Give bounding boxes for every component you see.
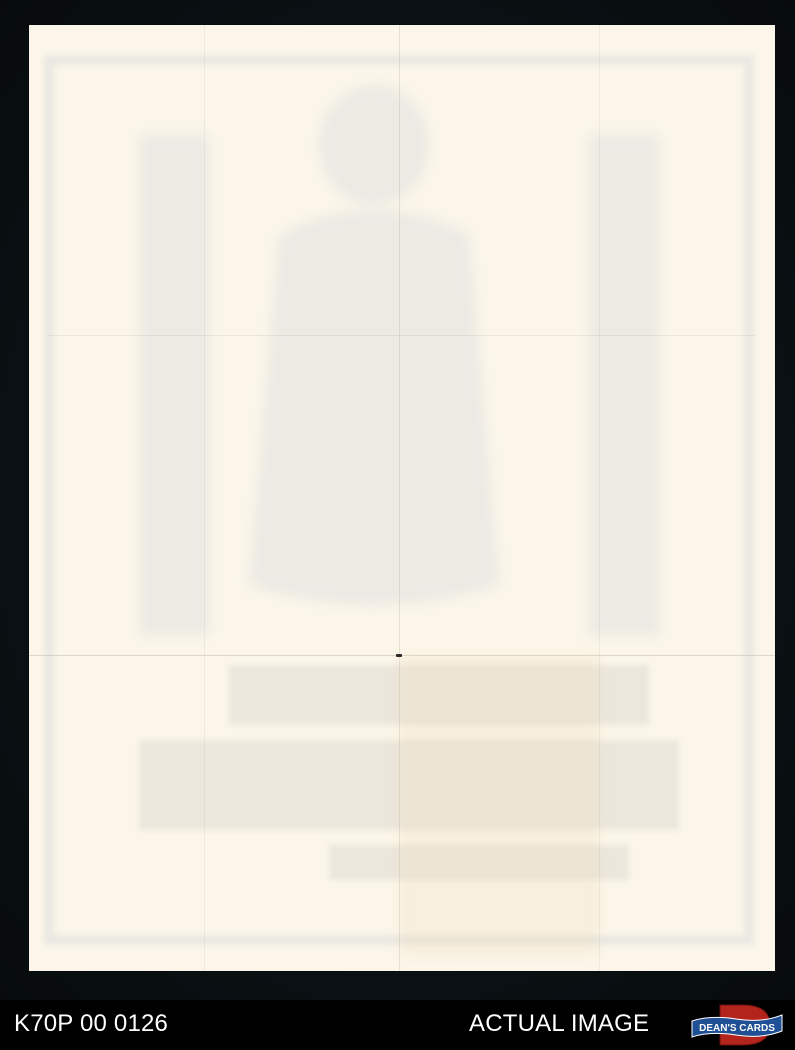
deans-cards-logo: DEAN'S CARDS	[690, 1003, 784, 1047]
fold-line-upper	[49, 335, 755, 336]
caption-bar: K70P 00 0126 ACTUAL IMAGE DEAN'S CARDS	[0, 1000, 795, 1050]
fold-line-right	[599, 25, 600, 971]
sku-code: K70P 00 0126	[14, 1010, 168, 1038]
bleed-through-ghost-image	[29, 25, 775, 971]
fold-line-lower	[29, 655, 775, 656]
registration-mark	[396, 654, 402, 657]
actual-image-label: ACTUAL IMAGE	[469, 1010, 649, 1038]
fold-line-left	[204, 25, 205, 971]
fold-line-center	[399, 25, 400, 971]
card-back	[29, 25, 775, 971]
logo-text: DEAN'S CARDS	[699, 1023, 775, 1034]
